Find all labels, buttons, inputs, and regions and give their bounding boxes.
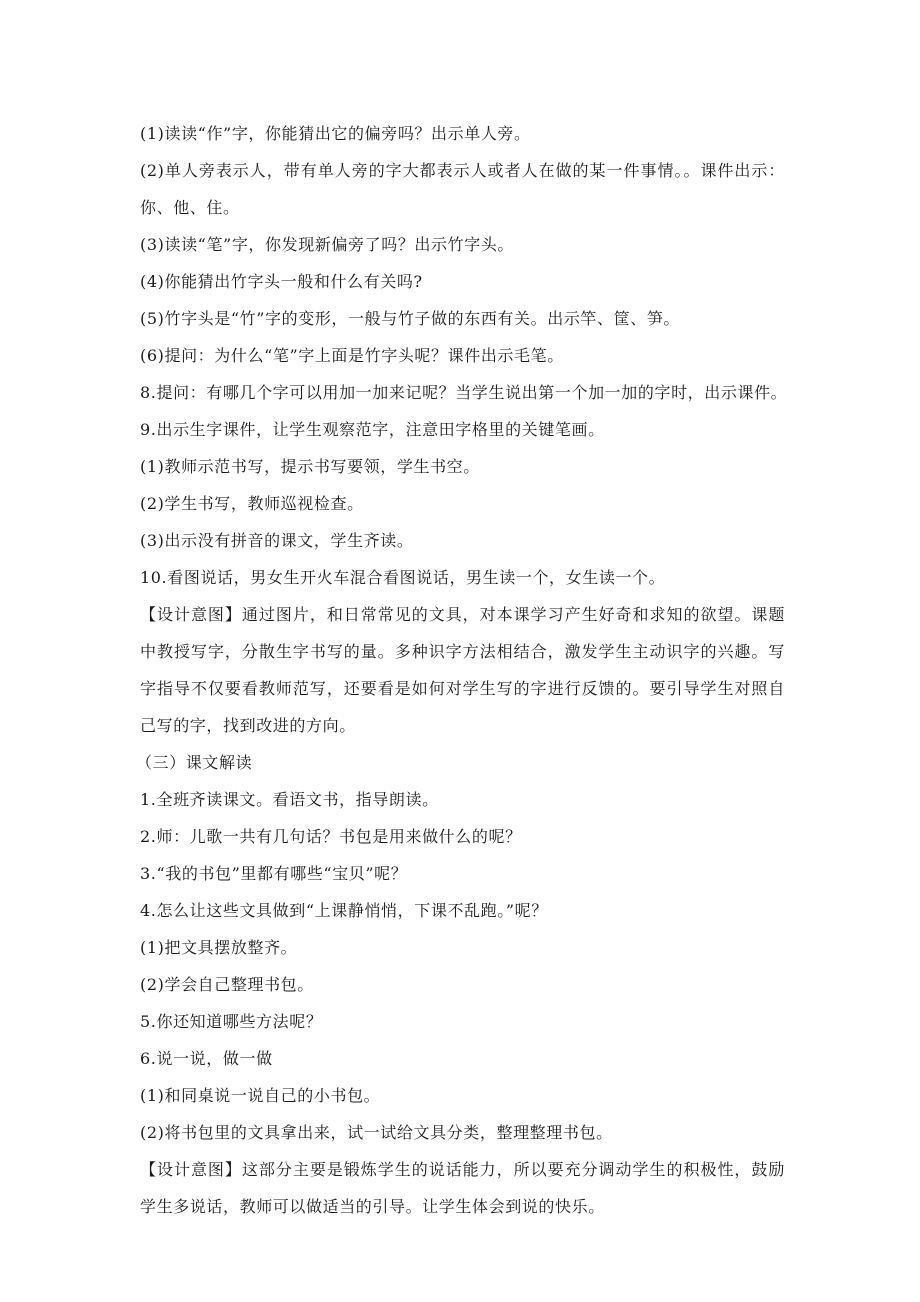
list-item: (2)单人旁表示人，带有单人旁的字大都表示人或者人在做的某一件事情。。课件出示：… [140,152,785,226]
list-item: (6)提问：为什么“笔”字上面是竹字头呢？课件出示毛笔。 [140,337,785,374]
list-item: (5)竹字头是“竹”字的变形，一般与竹子做的东西有关。出示竿、筐、笋。 [140,300,785,337]
list-item: (2)将书包里的文具拿出来，试一试给文具分类，整理整理书包。 [140,1114,785,1151]
list-item: 6.说一说，做一做 [140,1040,785,1077]
list-item: 10.看图说话，男女生开火车混合看图说话，男生读一个，女生读一个。 [140,559,785,596]
list-item: 8.提问：有哪几个字可以用加一加来记呢？当学生说出第一个加一加的字时，出示课件。 [140,374,785,411]
list-item: 1.全班齐读课文。看语文书，指导朗读。 [140,781,785,818]
list-item: (2)学会自己整理书包。 [140,966,785,1003]
list-item: 4.怎么让这些文具做到“上课静悄悄，下课不乱跑。”呢？ [140,892,785,929]
list-item: (1)读读“作”字，你能猜出它的偏旁吗？出示单人旁。 [140,115,785,152]
design-intent-paragraph: 【设计意图】通过图片，和日常常见的文具，对本课学习产生好奇和求知的欲望。课题中教… [140,596,785,744]
list-item: (4)你能猜出竹字头一般和什么有关吗? [140,263,785,300]
list-item: 3.“我的书包”里都有哪些“宝贝”呢？ [140,855,785,892]
list-item: (3)出示没有拼音的课文，学生齐读。 [140,522,785,559]
design-intent-paragraph: 【设计意图】这部分主要是锻炼学生的说话能力，所以要充分调动学生的积极性，鼓励学生… [140,1151,785,1225]
list-item: (1)教师示范书写，提示书写要领，学生书空。 [140,448,785,485]
list-item: 5.你还知道哪些方法呢？ [140,1003,785,1040]
document-page: (1)读读“作”字，你能猜出它的偏旁吗？出示单人旁。 (2)单人旁表示人，带有单… [140,115,785,1225]
list-item: (3)读读“笔”字，你发现新偏旁了吗？出示竹字头。 [140,226,785,263]
list-item: (1)把文具摆放整齐。 [140,929,785,966]
list-item: (1)和同桌说一说自己的小书包。 [140,1077,785,1114]
list-item: 2.师：儿歌一共有几句话？书包是用来做什么的呢？ [140,818,785,855]
list-item: 9.出示生字课件，让学生观察范字，注意田字格里的关键笔画。 [140,411,785,448]
section-heading: （三）课文解读 [136,744,785,781]
list-item: (2)学生书写，教师巡视检查。 [140,485,785,522]
